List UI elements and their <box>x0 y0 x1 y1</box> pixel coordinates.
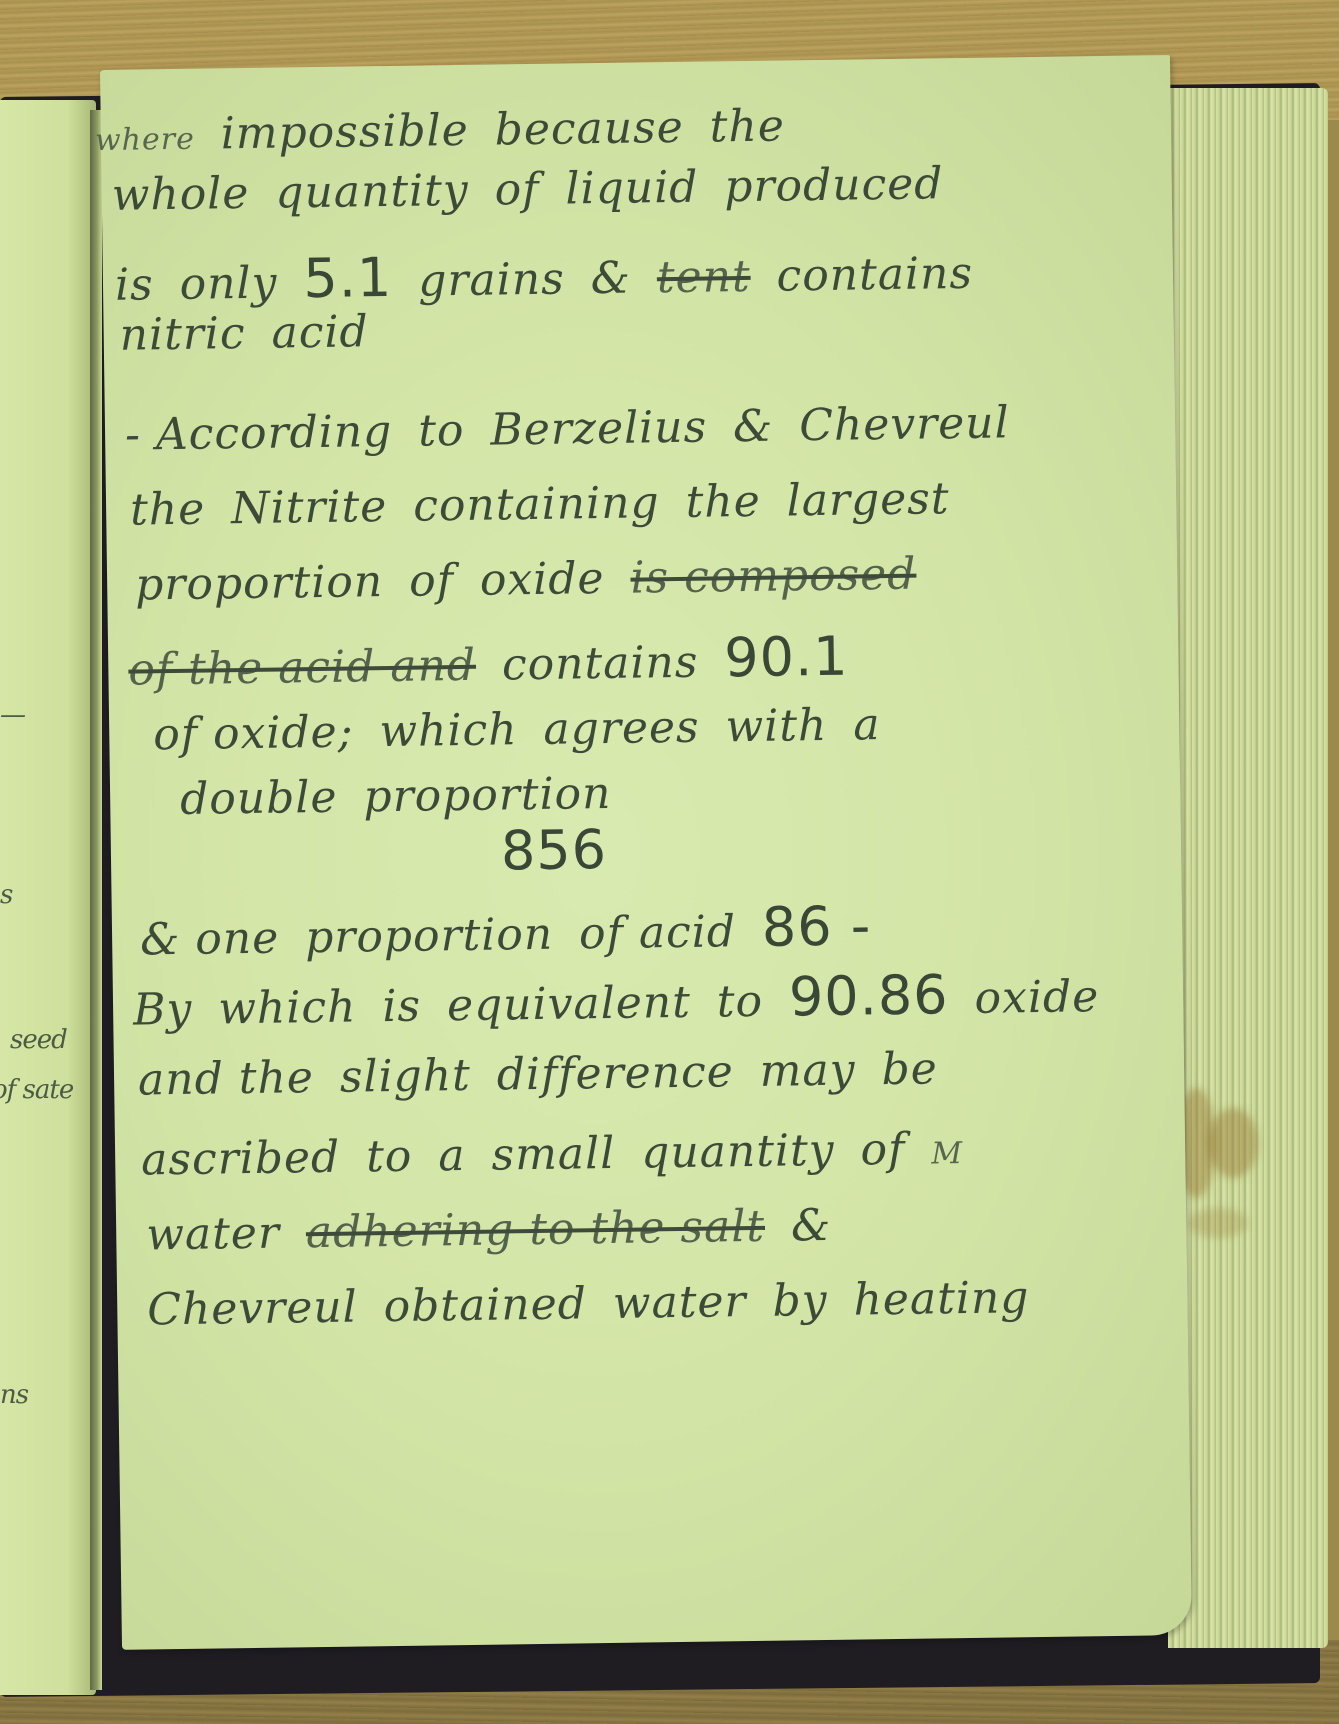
struck-word: is composed <box>630 549 917 604</box>
struck-word: adhering to the salt <box>306 1201 766 1258</box>
word: proportion <box>363 768 612 822</box>
word: a <box>438 1130 466 1181</box>
word: contains <box>776 248 973 302</box>
word: containing <box>413 477 660 531</box>
word: of oxide; <box>153 707 354 761</box>
word: because <box>494 102 684 156</box>
page-stack-edge <box>1168 88 1328 1648</box>
manuscript-page: whereimpossiblebecausethewholequantityof… <box>100 55 1192 1650</box>
manuscript-line: - AccordingtoBerzelius&Chevreul <box>125 397 1036 461</box>
word: Nitrite <box>231 481 388 534</box>
word: whole <box>111 168 249 221</box>
manuscript-line: 856 <box>501 818 634 883</box>
word: contains <box>502 637 699 691</box>
manuscript-line: wholequantityofliquidproduced <box>111 158 969 221</box>
word: be <box>881 1043 938 1095</box>
word: acid <box>271 306 369 358</box>
numeral: 856 <box>501 818 608 882</box>
struck-word: of the acid and <box>128 640 476 696</box>
word: largest <box>786 473 950 526</box>
word: difference <box>496 1046 734 1100</box>
word: Berzelius <box>490 402 707 456</box>
book-gutter <box>90 110 102 1690</box>
word: and the <box>138 1052 314 1105</box>
manuscript-line: doubleproportion <box>180 768 638 825</box>
word: only <box>179 258 277 310</box>
word: is <box>382 981 421 1033</box>
word: may <box>759 1045 856 1097</box>
word: slight <box>340 1050 472 1103</box>
manuscript-line: nitricacid <box>119 306 395 361</box>
manuscript-line: isonly5.1grains&tentcontains <box>115 237 1000 312</box>
left-page-fragment: of sate <box>0 1075 73 1105</box>
manuscript-line: proportionofoxideis composed <box>135 548 943 610</box>
numeral: 90.86 <box>789 963 949 1028</box>
word: the <box>685 476 761 528</box>
manuscript-line: of oxide;whichagreeswitha <box>153 699 907 761</box>
word: of <box>409 555 454 607</box>
word: which <box>379 704 518 757</box>
word: impossible <box>220 105 469 159</box>
word: Chevreul <box>799 397 1010 451</box>
manuscript-line: Bywhichisequivalentto90.86oxide <box>133 961 1126 1038</box>
word: to <box>366 1131 413 1183</box>
word: proportion <box>305 909 554 963</box>
word: - According <box>125 406 393 461</box>
word: M <box>931 1136 963 1171</box>
word: the <box>709 100 785 152</box>
word: water <box>612 1276 746 1329</box>
struck-word: tent <box>657 251 751 303</box>
left-page-fragment: — <box>0 700 25 730</box>
word: small <box>491 1128 615 1181</box>
word: to <box>418 405 465 457</box>
word: nitric <box>119 308 246 361</box>
word: the <box>130 484 206 536</box>
word: & <box>590 253 631 305</box>
word: with <box>725 700 827 752</box>
word: to <box>716 976 763 1028</box>
numeral: 5.1 <box>303 246 393 310</box>
word: of acid <box>579 906 737 959</box>
word: is <box>115 259 154 311</box>
numeral: 90.1 <box>724 625 849 690</box>
word: oxide <box>480 553 605 606</box>
manuscript-line: theNitritecontainingthelargest <box>130 473 976 536</box>
word: & <box>791 1200 832 1252</box>
manuscript-line: wateradhering to the salt& <box>146 1200 858 1261</box>
word: a <box>853 699 881 750</box>
left-page: — s seed of sate ns <box>0 100 96 1695</box>
manuscript-line: ascribedtoasmallquantityofM <box>141 1123 990 1186</box>
word: liquid <box>565 162 699 215</box>
word: oxide <box>974 971 1099 1024</box>
word: proportion <box>135 556 384 610</box>
word: where <box>95 122 195 158</box>
word: ascribed <box>141 1132 341 1186</box>
word: which <box>218 982 357 1035</box>
word: Chevreul <box>147 1282 358 1336</box>
word: of <box>494 164 539 216</box>
water-stain <box>1208 1108 1258 1178</box>
left-page-fragment: ns <box>0 1380 28 1410</box>
left-page-fragment: seed <box>10 1025 67 1055</box>
left-page-fragment: s <box>0 880 12 910</box>
word: equivalent <box>447 977 692 1031</box>
word: & <box>733 401 774 453</box>
word: agrees <box>543 702 700 755</box>
word: heating <box>853 1272 1030 1325</box>
word: By <box>133 984 193 1036</box>
numeral: 86 - <box>761 894 871 959</box>
manuscript-line: of the acid andcontains90.1 <box>128 624 875 697</box>
word: of <box>860 1124 905 1176</box>
word: & one <box>140 913 280 966</box>
manuscript-line: & oneproportionof acid86 - <box>140 894 898 968</box>
word: by <box>772 1275 828 1327</box>
manuscript-line: Chevreulobtainedwaterbyheating <box>147 1272 1056 1336</box>
word: obtained <box>383 1278 587 1332</box>
word: quantity <box>275 165 469 219</box>
word: grains <box>418 254 565 307</box>
word: quantity <box>641 1125 835 1179</box>
word: produced <box>724 158 944 212</box>
word: double <box>180 772 338 825</box>
water-stain <box>1188 1208 1248 1238</box>
word: water <box>146 1208 280 1261</box>
manuscript-line: whereimpossiblebecausethe <box>95 100 812 161</box>
manuscript-line: and theslightdifferencemaybe <box>138 1043 964 1106</box>
